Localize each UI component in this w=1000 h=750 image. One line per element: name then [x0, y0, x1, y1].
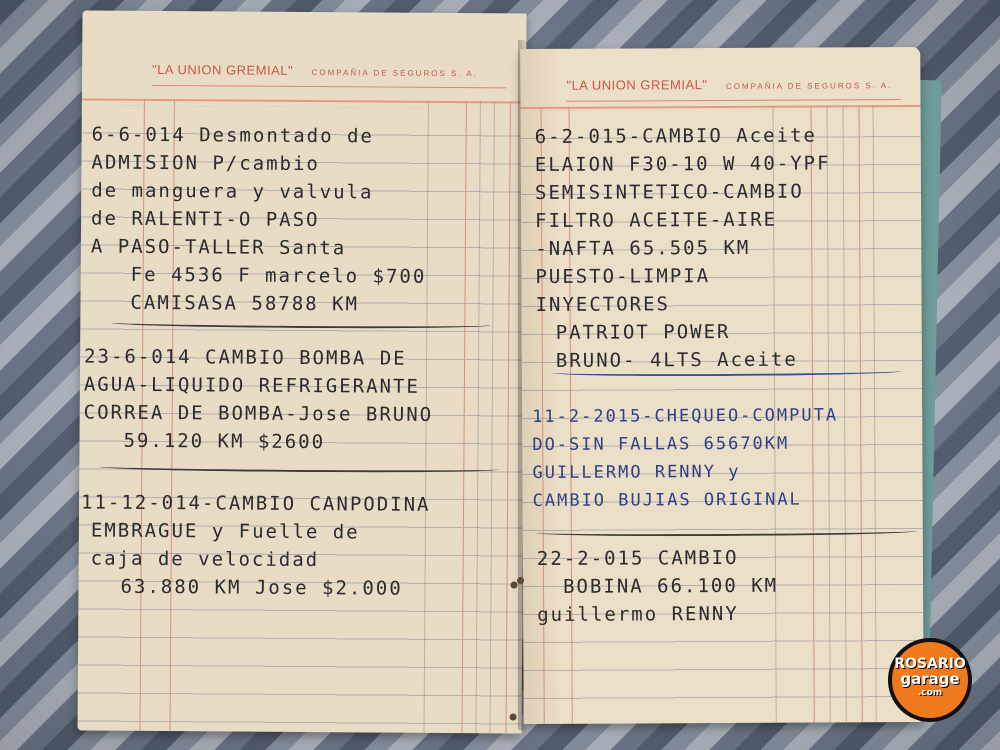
log-entry: 23-6-014 CAMBIO BOMBA DE AGUA-LIQUIDO RE… — [83, 342, 433, 456]
page-header: "LA UNION GREMIAL" COMPAÑIA DE SEGUROS S… — [566, 75, 900, 102]
entry-line: -NAFTA 65.505 KM — [535, 233, 831, 263]
entry-line: 22-2-015 CAMBIO — [537, 544, 778, 573]
binding-hole — [510, 581, 517, 588]
entry-line: caja de velocidad — [81, 544, 431, 574]
entry-line: CORREA DE BOMBA-Jose BRUNO — [84, 398, 434, 428]
right-page: "LA UNION GREMIAL" COMPAÑIA DE SEGUROS S… — [520, 47, 924, 724]
header-rule — [82, 98, 526, 103]
entry-line: ADMISION P/cambio — [91, 149, 427, 179]
entry-line: A PASO-TALLER Santa — [91, 233, 427, 263]
entry-line: CAMBIO BUJIAS ORIGINAL — [533, 485, 839, 515]
company-subtitle: COMPAÑIA DE SEGUROS S. A. — [312, 68, 478, 78]
page-header: "LA UNION GREMIAL" COMPAÑIA DE SEGUROS S… — [152, 61, 506, 88]
entry-line: 6-6-014 Desmontado de — [92, 121, 428, 151]
entry-line: GUILLERMO RENNY y — [532, 457, 838, 487]
entry-line: PATRIOT POWER — [536, 317, 832, 347]
entry-line: de manguera y valvula — [91, 177, 427, 207]
binding-hole — [517, 577, 524, 584]
company-name: "LA UNION GREMIAL" — [566, 77, 707, 93]
entry-line: INYECTORES — [536, 289, 832, 319]
log-entry: 6-2-015-CAMBIO Aceite ELAION F30-10 W 40… — [535, 121, 832, 375]
binding-hole — [510, 713, 517, 720]
entry-line: DO-SIN FALLAS 65670KM — [532, 429, 838, 459]
logo-line-2: garage — [892, 670, 968, 688]
entry-line: 6-2-015-CAMBIO Aceite — [535, 121, 831, 151]
entry-line: BOBINA 66.100 KM — [537, 572, 778, 601]
entry-line: ELAION F30-10 W 40-YPF — [535, 149, 831, 179]
log-entry: 22-2-015 CAMBIO BOBINA 66.100 KM guiller… — [537, 544, 778, 629]
entry-line: 59.120 KM $2600 — [83, 426, 433, 456]
log-entry: 11-2-2015-CHEQUEO-COMPUTA DO-SIN FALLAS … — [532, 401, 838, 515]
left-page: "LA UNION GREMIAL" COMPAÑIA DE SEGUROS S… — [77, 10, 526, 733]
entry-line: Fe 4536 F marcelo $700 — [91, 261, 427, 291]
entry-line: FILTRO ACEITE-AIRE — [535, 205, 831, 235]
entry-line: de RALENTI-O PASO — [91, 205, 427, 235]
entry-line: 63.880 KM Jose $2.000 — [80, 572, 430, 602]
entry-line: SEMISINTETICO-CAMBIO — [535, 177, 831, 207]
entry-line: EMBRAGUE y Fuelle de — [81, 516, 431, 546]
company-name: "LA UNION GREMIAL" — [152, 62, 293, 78]
entry-line: CAMISASA 58788 KM — [90, 289, 426, 319]
entry-line: AGUA-LIQUIDO REFRIGERANTE — [84, 370, 434, 400]
entry-line: guillermo RENNY — [537, 600, 778, 629]
log-entry: 11-12-014-CAMBIO CANPODINA EMBRAGUE y Fu… — [80, 488, 430, 602]
log-entry: 6-6-014 Desmontado de ADMISION P/cambio … — [90, 121, 427, 319]
entry-line: 11-12-014-CAMBIO CANPODINA — [81, 488, 431, 518]
entry-line: 23-6-014 CAMBIO BOMBA DE — [84, 342, 434, 372]
entry-line: 11-2-2015-CHEQUEO-COMPUTA — [532, 401, 838, 431]
entry-line: PUESTO-LIMPIA — [535, 261, 831, 291]
logo-line-3: .com — [892, 688, 968, 698]
company-subtitle: COMPAÑIA DE SEGUROS S. A. — [726, 81, 892, 91]
rosario-garage-logo: ROSARIO garage .com — [888, 638, 972, 722]
